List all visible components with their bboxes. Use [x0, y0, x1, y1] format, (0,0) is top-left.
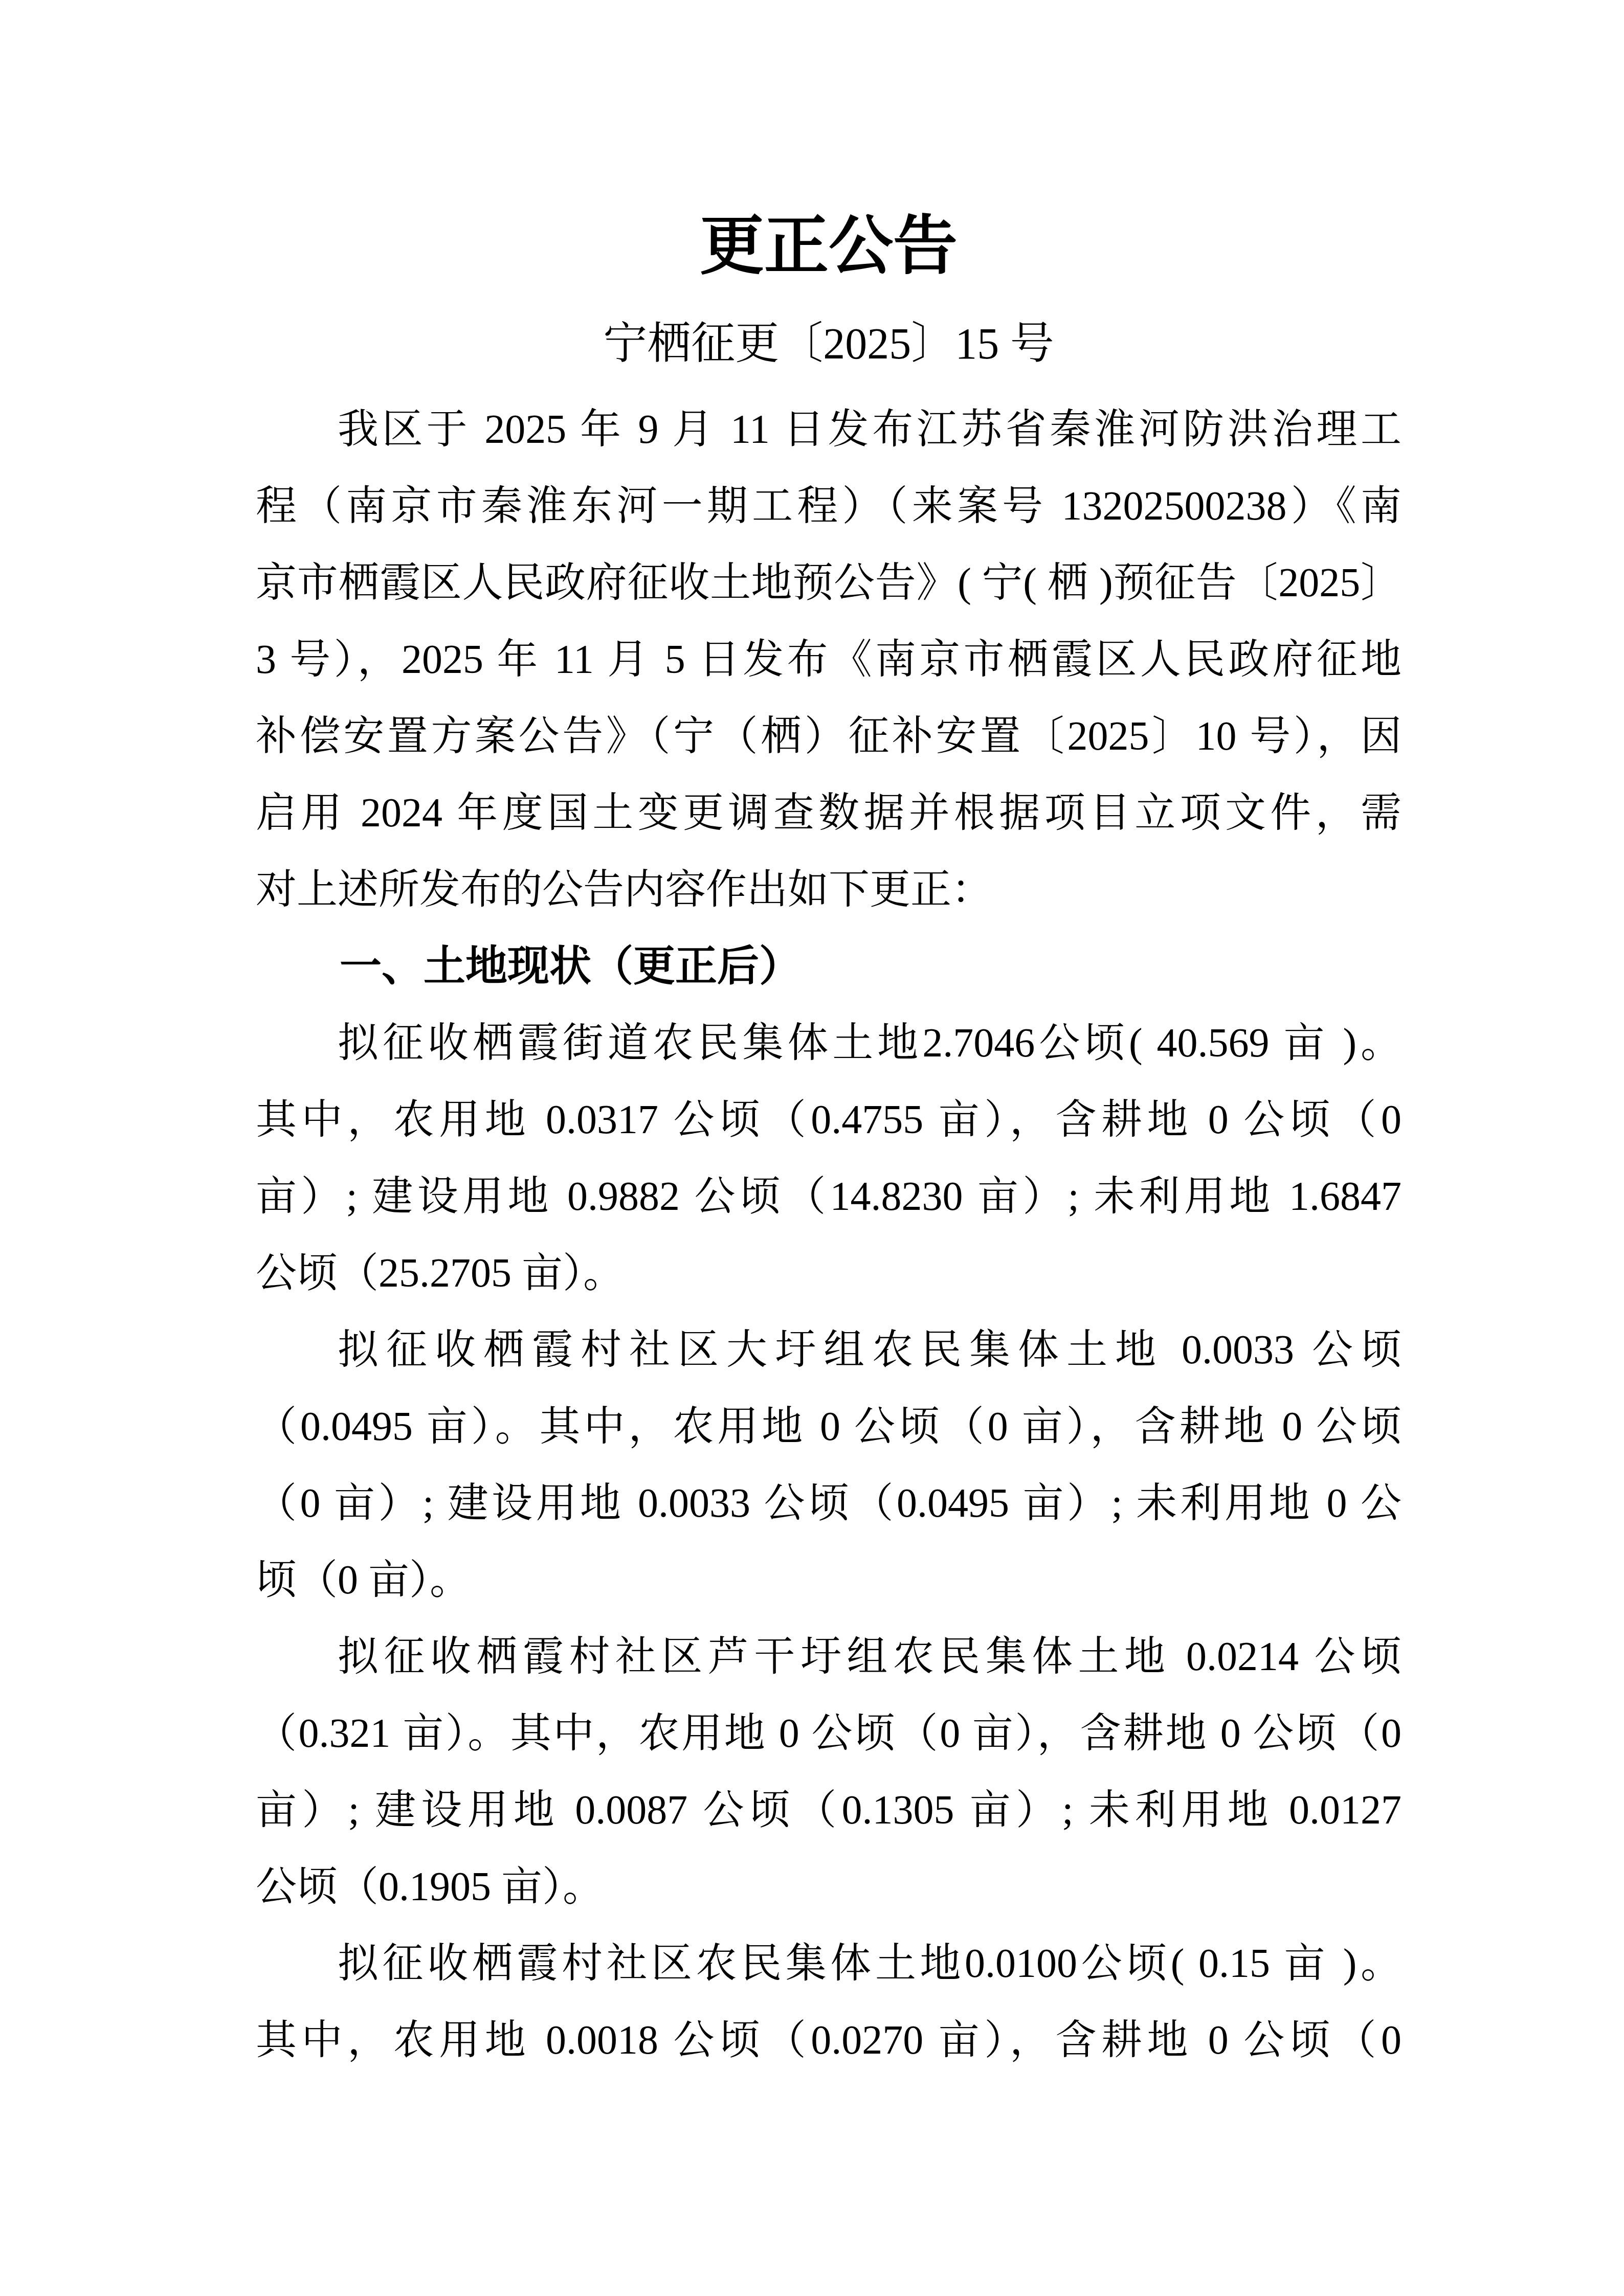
body-paragraph: 我区于 2025 年 9 月 11 日发布江苏省秦淮河防洪治理工程（南京市秦淮东…	[256, 391, 1401, 928]
text-line: 拟征收栖霞街道农民集体土地2.7046公顷( 40.569 亩 )。	[256, 1005, 1401, 1082]
heading-line: 一、土地现状（更正后）	[256, 928, 1401, 1005]
body-paragraph: 拟征收栖霞村社区大圩组农民集体土地 0.0033 公顷（0.0495 亩）。其中…	[256, 1312, 1401, 1618]
text-line: （0.0495 亩）。其中，农用地 0 公顷（0 亩），含耕地 0 公顷	[256, 1388, 1401, 1465]
text-line: 启用 2024 年度国土变更调查数据并根据项目立项文件，需	[256, 775, 1401, 851]
body-paragraph: 拟征收栖霞村社区芦干圩组农民集体土地 0.0214 公顷（0.321 亩）。其中…	[256, 1618, 1401, 1925]
section-heading: 一、土地现状（更正后）	[256, 928, 1401, 1005]
text-line: 拟征收栖霞村社区大圩组农民集体土地 0.0033 公顷	[256, 1312, 1401, 1388]
doc-number: 宁栖征更〔2025〕15 号	[256, 314, 1401, 373]
announcement-page: 更正公告 宁栖征更〔2025〕15 号 我区于 2025 年 9 月 11 日发…	[0, 0, 1624, 2296]
text-line: 补偿安置方案公告》（宁（栖）征补安置〔2025〕10 号），因	[256, 698, 1401, 775]
text-line: 拟征收栖霞村社区农民集体土地0.0100公顷( 0.15 亩 )。	[256, 1925, 1401, 2002]
text-line: （0.321 亩）。其中，农用地 0 公顷（0 亩），含耕地 0 公顷（0	[256, 1695, 1401, 1772]
text-line: 我区于 2025 年 9 月 11 日发布江苏省秦淮河防洪治理工	[256, 391, 1401, 468]
body-paragraph: 拟征收栖霞街道农民集体土地2.7046公顷( 40.569 亩 )。其中，农用地…	[256, 1005, 1401, 1312]
text-line: 对上述所发布的公告内容作出如下更正：	[256, 851, 1401, 928]
text-line: 其中，农用地 0.0317 公顷（0.4755 亩），含耕地 0 公顷（0	[256, 1082, 1401, 1158]
text-line: 亩）; 建设用地 0.9882 公顷（14.8230 亩）; 未利用地 1.68…	[256, 1158, 1401, 1235]
text-line: 3 号），2025 年 11 月 5 日发布《南京市栖霞区人民政府征地	[256, 621, 1401, 698]
page-title: 更正公告	[256, 207, 1401, 286]
text-line: 京市栖霞区人民政府征收土地预公告》( 宁( 栖 )预征告〔2025〕	[256, 545, 1401, 621]
text-line: 公顷（25.2705 亩）。	[256, 1235, 1401, 1312]
text-line: 公顷（0.1905 亩）。	[256, 1849, 1401, 1925]
text-line: 其中，农用地 0.0018 公顷（0.0270 亩），含耕地 0 公顷（0	[256, 2002, 1401, 2079]
text-line: 顷（0 亩）。	[256, 1542, 1401, 1618]
text-line: 拟征收栖霞村社区芦干圩组农民集体土地 0.0214 公顷	[256, 1618, 1401, 1695]
body-paragraph: 拟征收栖霞村社区农民集体土地0.0100公顷( 0.15 亩 )。其中，农用地 …	[256, 1925, 1401, 2079]
document-body: 我区于 2025 年 9 月 11 日发布江苏省秦淮河防洪治理工程（南京市秦淮东…	[256, 391, 1401, 2079]
text-line: 程（南京市秦淮东河一期工程）（来案号 13202500238）《南	[256, 468, 1401, 545]
text-line: （0 亩）; 建设用地 0.0033 公顷（0.0495 亩）; 未利用地 0 …	[256, 1465, 1401, 1542]
text-line: 亩）; 建设用地 0.0087 公顷（0.1305 亩）; 未利用地 0.012…	[256, 1772, 1401, 1849]
